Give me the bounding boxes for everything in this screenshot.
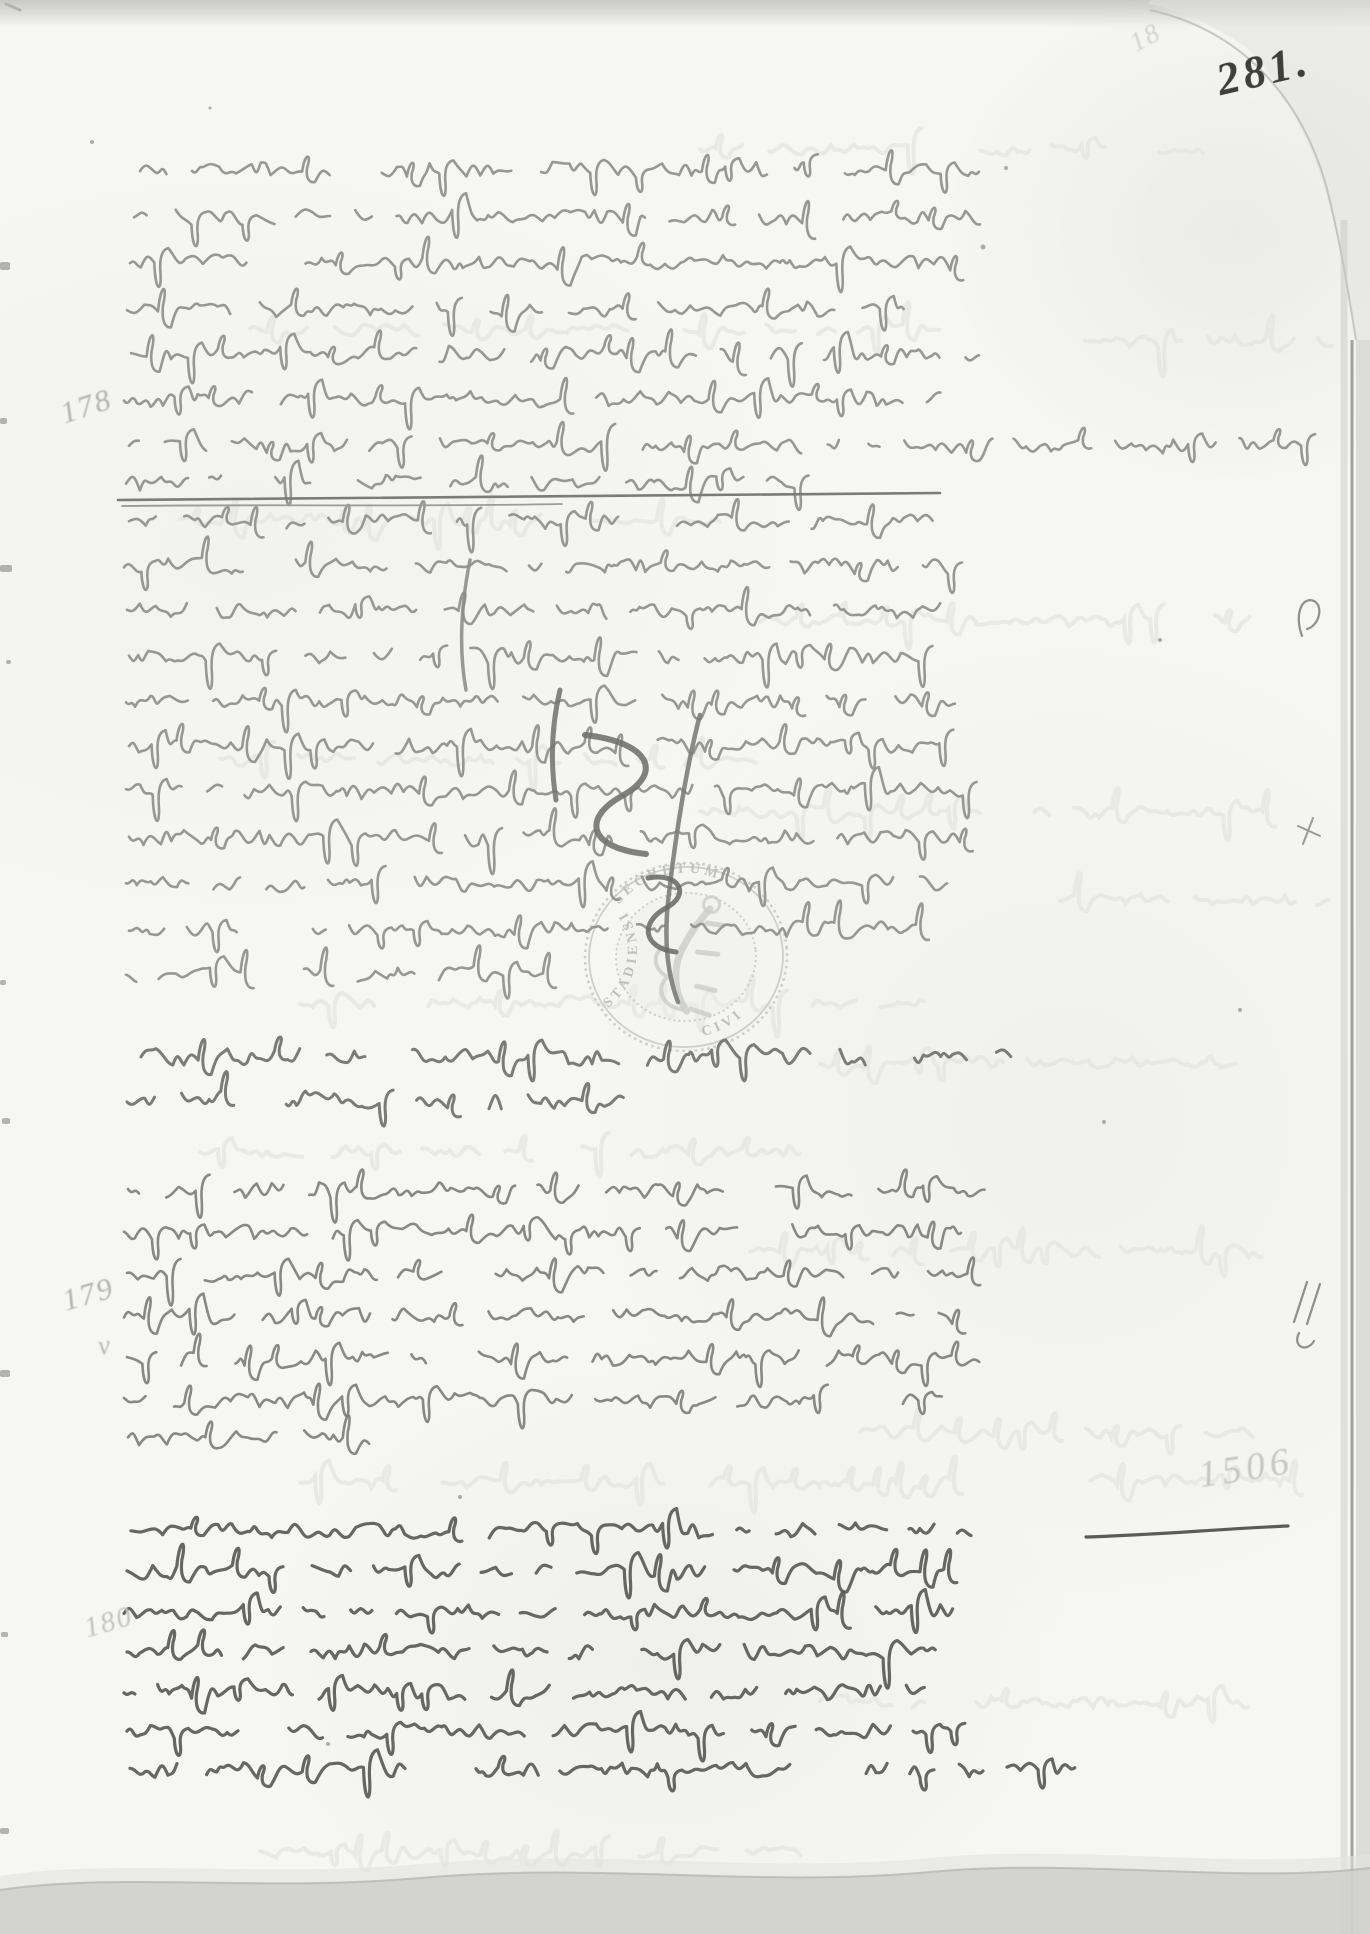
script-line — [126, 861, 947, 907]
script-line — [124, 1294, 965, 1337]
ink-speck — [90, 140, 94, 144]
script-line — [127, 1257, 1002, 1305]
bleed-line — [200, 1133, 800, 1177]
ink-speck — [458, 1495, 462, 1499]
bleed-line — [220, 738, 756, 790]
pen-flourish — [553, 690, 560, 800]
bleed-line — [760, 603, 1249, 649]
entry-179v-script — [124, 1170, 1002, 1454]
script-line — [140, 150, 979, 195]
script-line — [129, 637, 932, 689]
handwriting-artwork: SECRETUMSTADIENSISCIVI — [0, 0, 1370, 1934]
ink-speck — [209, 107, 212, 110]
bleedthrough-layer — [180, 128, 1331, 1871]
script-line — [127, 1712, 965, 1761]
ink-speck — [1102, 1120, 1106, 1124]
strikethrough-line — [1086, 1526, 1288, 1537]
ink-speck — [981, 245, 986, 250]
margin-mark-cross — [1298, 818, 1320, 844]
margin-mark-g — [1294, 1282, 1320, 1347]
ink-speck — [1004, 166, 1008, 170]
bleed-line — [700, 128, 1203, 175]
edge-speck — [1, 1632, 8, 1637]
script-line — [128, 1416, 396, 1454]
bleed-line — [820, 1685, 1248, 1721]
script-line — [128, 1170, 985, 1223]
edge-speck — [0, 1370, 10, 1377]
script-line — [124, 1590, 953, 1633]
bleed-line — [860, 1409, 1253, 1453]
margin-marks — [1294, 600, 1320, 1347]
script-line — [129, 901, 929, 952]
script-line — [134, 193, 980, 246]
ink-speck — [326, 1742, 330, 1746]
edge-speck — [0, 565, 12, 572]
script-line — [129, 422, 1315, 471]
edge-speck — [0, 1828, 9, 1834]
right-page-strip — [1356, 340, 1370, 1934]
bleed-line — [1060, 873, 1329, 911]
edge-speck — [0, 980, 6, 985]
script-line — [129, 808, 973, 874]
script-line — [126, 686, 955, 733]
script-line — [131, 329, 979, 386]
script-line — [126, 945, 556, 998]
script-line — [131, 1509, 1000, 1554]
edge-speck — [0, 418, 7, 424]
strikethrough-line — [118, 493, 940, 500]
script-line — [127, 1334, 979, 1387]
script-line — [124, 378, 941, 429]
script-line — [124, 537, 962, 593]
script-line — [124, 1670, 924, 1713]
script-line — [124, 1384, 968, 1428]
script-line — [129, 499, 933, 552]
manuscript-page: SECRETUMSTADIENSISCIVI 281. 18 178 179 v… — [0, 0, 1370, 1934]
script-line — [127, 289, 904, 336]
edge-speck — [6, 660, 11, 664]
edge-speck — [2, 1118, 10, 1124]
margin-mark-loop — [1299, 600, 1320, 636]
bleed-line — [820, 1046, 1265, 1083]
ink-speck — [1158, 638, 1162, 642]
script-line — [130, 237, 963, 292]
script-line — [127, 1072, 623, 1126]
strikethrough-line — [122, 504, 562, 506]
script-line — [129, 724, 953, 779]
bleed-line — [300, 1457, 962, 1513]
bleed-line — [180, 495, 749, 549]
edge-speck — [0, 262, 10, 270]
ink-speck — [1238, 1008, 1242, 1012]
script-line — [127, 1544, 984, 1598]
bleed-line — [1085, 315, 1331, 376]
script-line — [130, 1750, 1075, 1797]
entry-180-script — [124, 1509, 1075, 1797]
